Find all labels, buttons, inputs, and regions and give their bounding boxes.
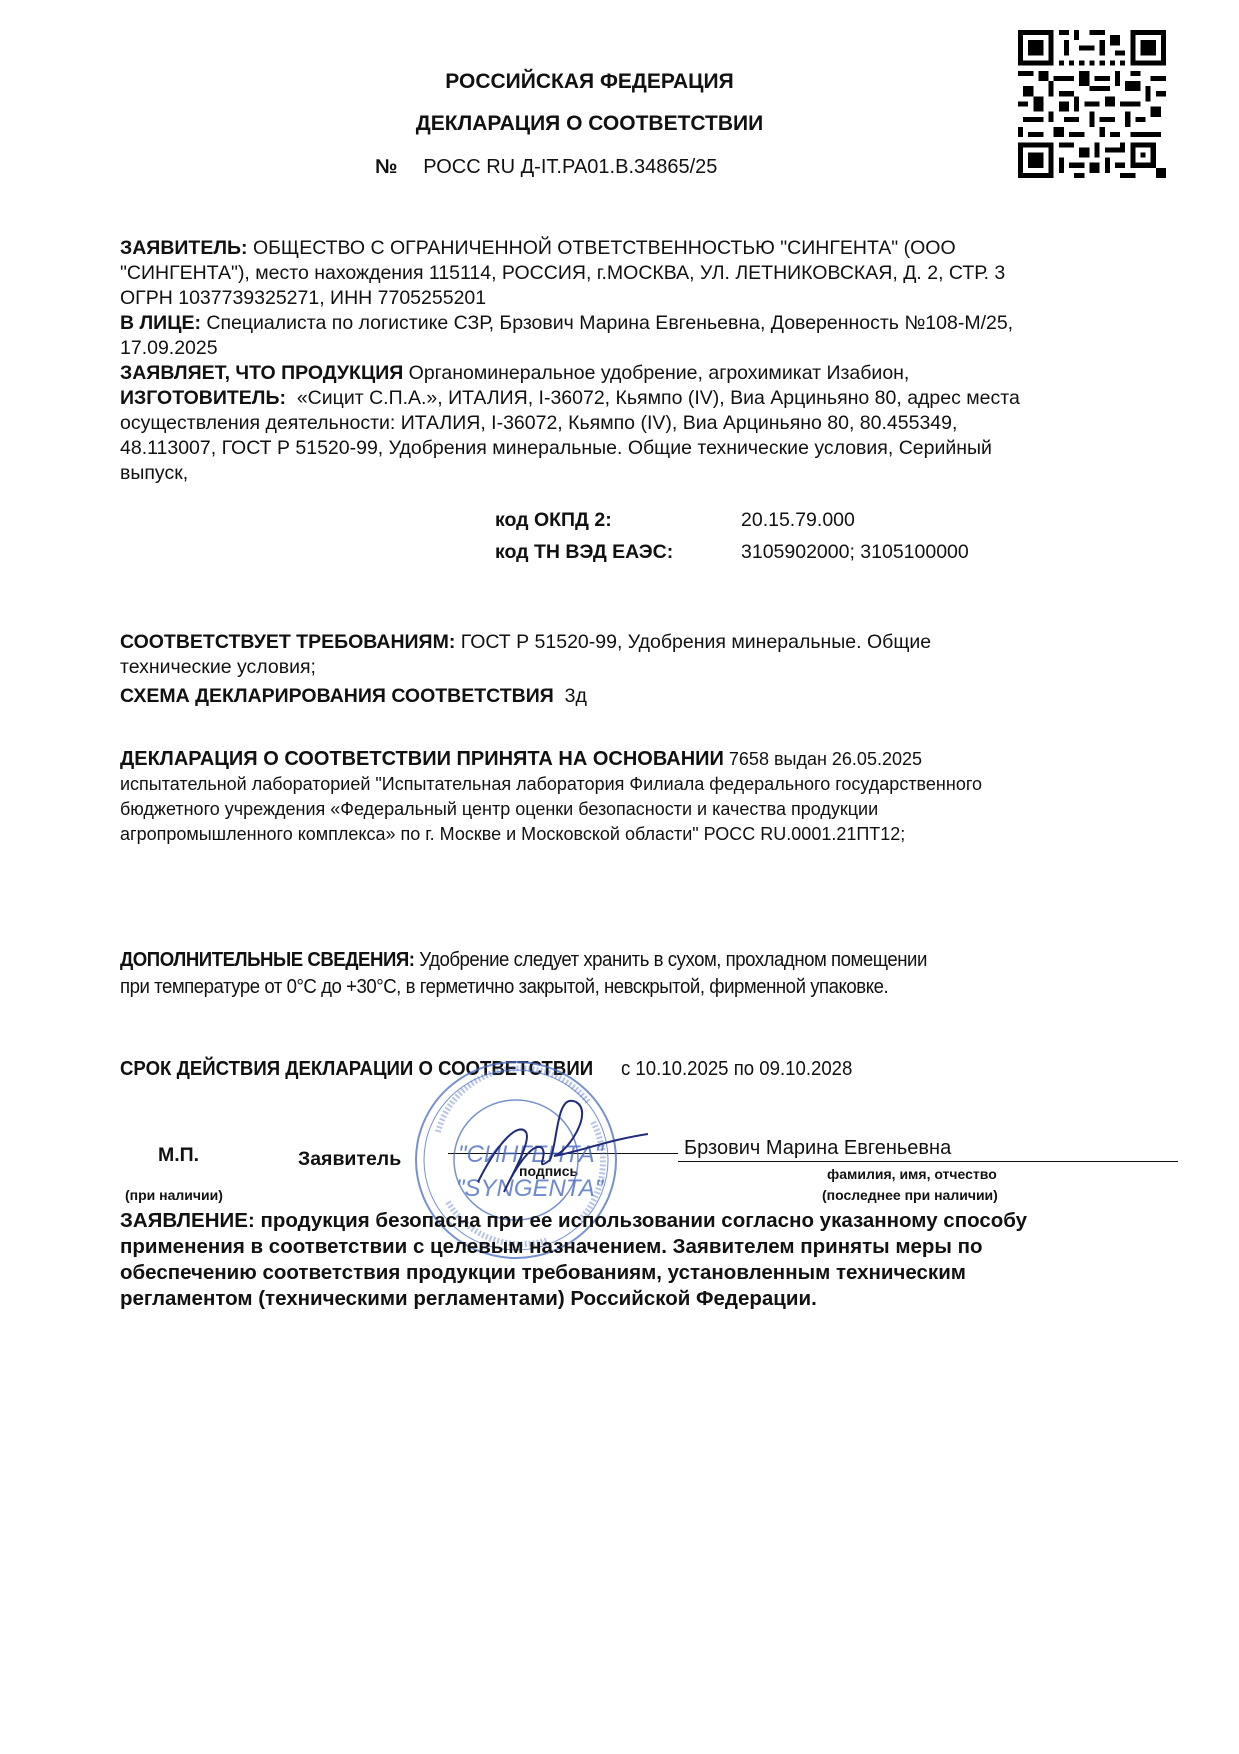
manufacturer-line: «Сицит С.П.А.», ИТАЛИЯ, I-36072, Кьямпо …: [286, 387, 1020, 409]
conformity-section: СООТВЕТСТВУЕТ ТРЕБОВАНИЯМ: ГОСТ Р 51520-…: [120, 630, 1200, 709]
basis-section: ДЕКЛАРАЦИЯ О СООТВЕТСТВИИ ПРИНЯТА НА ОСН…: [120, 747, 1200, 847]
manufacturer-label: ИЗГОТОВИТЕЛЬ:: [120, 387, 286, 409]
signatory-name: Брзович Марина Евгеньевна: [684, 1137, 951, 1160]
manufacturer-line: 48.113007, ГОСТ Р 51520-99, Удобрения ми…: [120, 436, 1200, 461]
applicant-line: "СИНГЕНТА"), место нахождения 115114, РО…: [120, 261, 1200, 286]
statement-line: продукция безопасна при ее использовании…: [255, 1209, 1027, 1232]
conforms-label: СООТВЕТСТВУЕТ ТРЕБОВАНИЯМ:: [120, 631, 455, 653]
basis-line: бюджетного учреждения «Федеральный центр…: [120, 797, 1200, 822]
code-value: 3105902000; 3105100000: [741, 536, 969, 568]
signature-line: [448, 1153, 678, 1154]
signature-caption: подпись: [519, 1163, 578, 1179]
additional-info-section: ДОПОЛНИТЕЛЬНЫЕ СВЕДЕНИЯ: Удобрение следу…: [120, 947, 1199, 1001]
conforms-line: технические условия;: [120, 655, 1200, 680]
represented-by-line: 17.09.2025: [120, 336, 1200, 361]
statement-line: обеспечению соответствия продукции требо…: [120, 1260, 1200, 1286]
product-name: Органоминеральное удобрение, агрохимикат…: [403, 362, 909, 384]
validity-value: с 10.10.2025 по 09.10.2028: [621, 1058, 852, 1080]
declaration-number-value: РОСС RU Д-IT.РА01.В.34865/25: [423, 156, 717, 178]
scheme-label: СХЕМА ДЕКЛАРИРОВАНИЯ СООТВЕТСТВИЯ: [120, 685, 554, 707]
basis-line: испытательной лабораторией "Испытательна…: [120, 772, 1200, 797]
statement-line: применения в соответствии с целевым назн…: [120, 1234, 1200, 1260]
code-label: код ОКПД 2:: [495, 504, 741, 536]
qr-code-icon: [1018, 30, 1166, 178]
applicant-section: ЗАЯВИТЕЛЬ: ОБЩЕСТВО С ОГРАНИЧЕННОЙ ОТВЕТ…: [120, 236, 1200, 486]
applicant-line: ОБЩЕСТВО С ОГРАНИЧЕННОЙ ОТВЕТСТВЕННОСТЬЮ…: [248, 237, 956, 259]
applicant-line: ОГРН 1037739325271, ИНН 7705255201: [120, 286, 1200, 311]
name-line: [678, 1161, 1178, 1162]
basis-label: ДЕКЛАРАЦИЯ О СООТВЕТСТВИИ ПРИНЯТА НА ОСН…: [120, 748, 724, 770]
number-symbol: №: [375, 156, 397, 178]
applicant-signature-label: Заявитель: [298, 1148, 401, 1171]
name-caption: фамилия, имя, отчество: [827, 1166, 997, 1182]
represented-by-line: Специалиста по логистике СЗР, Брзович Ма…: [201, 312, 1013, 334]
represented-by-label: В ЛИЦЕ:: [120, 312, 201, 334]
code-label: код ТН ВЭД ЕАЭС:: [495, 536, 741, 568]
scheme-value: 3д: [554, 685, 587, 707]
seal-note: (при наличии): [125, 1187, 223, 1203]
additional-label: ДОПОЛНИТЕЛЬНЫЕ СВЕДЕНИЯ:: [120, 949, 414, 971]
validity-period: СРОК ДЕЙСТВИЯ ДЕКЛАРАЦИИ О СООТВЕТСТВИИс…: [120, 1058, 852, 1081]
basis-protocol: 7658 выдан 26.05.2025: [724, 749, 922, 769]
statement-line: регламентом (техническими регламентами) …: [120, 1286, 1200, 1312]
name-caption-note: (последнее при наличии): [822, 1187, 998, 1203]
conforms-line: ГОСТ Р 51520-99, Удобрения минеральные. …: [455, 631, 931, 653]
statement-label: ЗАЯВЛЕНИЕ:: [120, 1209, 255, 1232]
additional-line: Удобрение следует хранить в сухом, прохл…: [414, 949, 926, 971]
product-codes: код ОКПД 2: 20.15.79.000 код ТН ВЭД ЕАЭС…: [495, 504, 969, 568]
seal-place-label: М.П.: [158, 1144, 199, 1167]
basis-line: агропромышленного комплекса» по г. Москв…: [120, 822, 1200, 847]
additional-line: при температуре от 0°С до +30°С, в герме…: [120, 974, 1199, 1001]
declares-label: ЗАЯВЛЯЕТ, ЧТО ПРОДУКЦИЯ: [120, 362, 403, 384]
statement-section: ЗАЯВЛЕНИЕ: продукция безопасна при ее ис…: [120, 1208, 1200, 1312]
code-row-okpd: код ОКПД 2: 20.15.79.000: [495, 504, 969, 536]
stamp-text-en: "SYNGENTA": [456, 1175, 605, 1202]
manufacturer-line: осуществления деятельности: ИТАЛИЯ, I-36…: [120, 411, 1200, 436]
code-row-tnved: код ТН ВЭД ЕАЭС: 3105902000; 3105100000: [495, 536, 969, 568]
declaration-number: №РОСС RU Д-IT.РА01.В.34865/25: [375, 156, 717, 179]
validity-label: СРОК ДЕЙСТВИЯ ДЕКЛАРАЦИИ О СООТВЕТСТВИИ: [120, 1058, 593, 1080]
applicant-label: ЗАЯВИТЕЛЬ:: [120, 237, 248, 259]
manufacturer-line: выпуск,: [120, 461, 1200, 486]
code-value: 20.15.79.000: [741, 504, 855, 536]
